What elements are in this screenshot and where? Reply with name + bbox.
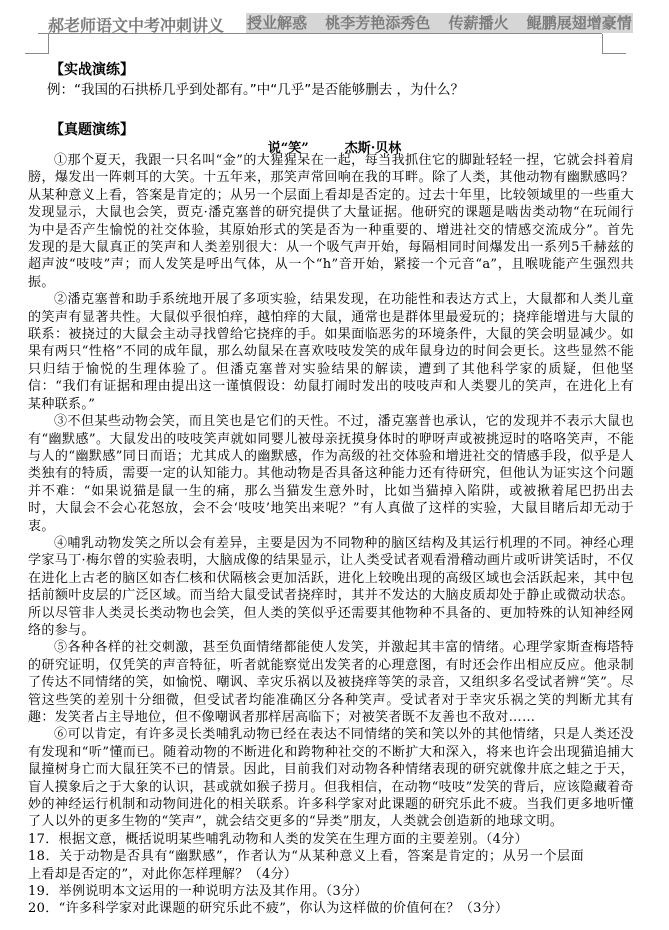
header-motto: 鲲鹏展翅增豪情 xyxy=(527,14,632,32)
question-19: 19．举例说明本文运用的一种说明方法及其作用。（3分） xyxy=(28,883,634,900)
page-header: 郝老师语文中考冲刺讲义 授业解惑 桃李芳艳添秀色 传薪播火 鲲鹏展翅增豪情 xyxy=(38,9,602,34)
article-body: ①那个夏天，我跟一只名叫“金”的大猩猩呆在一起，每当我抓住它的脚趾轻轻一捏，它就… xyxy=(28,152,634,918)
paragraph-5: ⑤各种各样的社交刺激，甚至负面情绪都能使人发笑，并激起其丰富的情绪。心理学家斯查… xyxy=(28,639,634,726)
exam-heading: 【真题演练】 xyxy=(50,119,134,139)
question-20: 20．“许多科学家对此课题的研究乐此不疲”，你认为这样做的价值何在？（3分） xyxy=(28,900,634,917)
paragraph-6: ⑥可以肯定，有许多灵长类哺乳动物已经在表达不同情绪的笑和笑以外的其他情绪，只是人… xyxy=(28,726,634,830)
question-17: 17．根据文意，概括说明某些哺乳动物和人类的发笑在生理方面的主要差别。（4分） xyxy=(28,831,634,848)
left-corner-horizontal xyxy=(25,53,49,54)
header-motto: 传薪播火 xyxy=(449,14,509,32)
header-underline xyxy=(38,33,602,34)
question-18: 18．关于动物是否具有“幽默感”，作者认为“从某种意义上看，答案是肯定的；从另一… xyxy=(28,848,634,883)
paragraph-2: ②潘克塞普和助手系统地开展了多项实验，结果发现，在功能性和表达方式上，大鼠都和人… xyxy=(28,291,634,413)
practice-heading: 【实战演练】 xyxy=(50,59,134,79)
header-mottos: 授业解惑 桃李芳艳添秀色 传薪播火 鲲鹏展翅增豪情 xyxy=(246,13,633,33)
left-corner-vertical xyxy=(48,34,49,53)
right-corner-horizontal xyxy=(602,53,626,54)
practice-example: 例：“我国的石拱桥几乎到处都有。”中“几乎”是否能够删去 ，为什么？ xyxy=(47,78,464,98)
paragraph-1: ①那个夏天，我跟一只名叫“金”的大猩猩呆在一起，每当我抓住它的脚趾轻轻一捏，它就… xyxy=(28,152,634,291)
paragraph-3: ③不但某些动物会笑，而且笑也是它们的天性。不过，潘克塞普也承认，它的发现并不表示… xyxy=(28,413,634,535)
header-motto: 授业解惑 xyxy=(247,14,307,32)
paragraph-4: ④哺乳动物发笑之所以会有差异，主要是因为不同物种的脑区结构及其运行机理的不同。神… xyxy=(28,535,634,639)
right-corner-vertical xyxy=(602,34,603,53)
header-motto: 桃李芳艳添秀色 xyxy=(325,14,430,32)
